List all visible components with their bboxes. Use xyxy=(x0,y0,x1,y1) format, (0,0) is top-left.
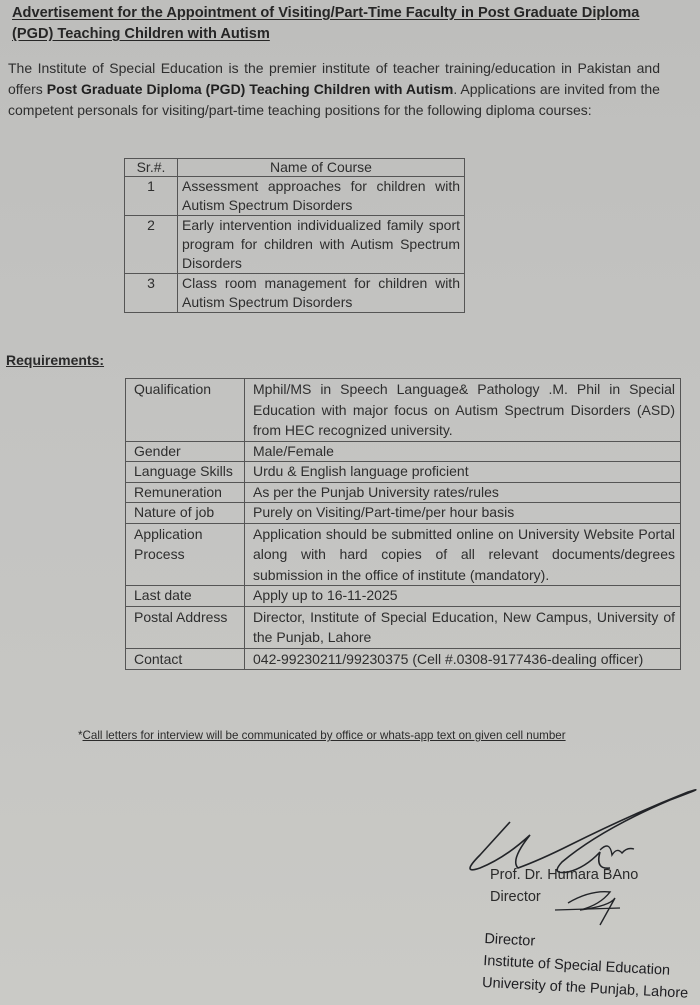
program-name: Post Graduate Diploma (PGD) Teaching Chi… xyxy=(47,81,454,97)
requirement-value: Male/Female xyxy=(245,441,681,462)
requirement-key: Contact xyxy=(126,648,245,670)
requirement-row-remuneration: Remuneration As per the Punjab Universit… xyxy=(126,482,681,503)
requirement-row-postal-address: Postal Address Director, Institute of Sp… xyxy=(126,606,681,648)
requirement-key: Qualification xyxy=(126,379,245,442)
requirement-value: Director, Institute of Special Education… xyxy=(245,606,681,648)
requirement-value: As per the Punjab University rates/rules xyxy=(245,482,681,503)
course-sr: 1 xyxy=(125,177,178,216)
header-course-name: Name of Course xyxy=(178,159,465,177)
courses-header-row: Sr.#. Name of Course xyxy=(125,159,465,177)
requirements-table: Qualification Mphil/MS in Speech Languag… xyxy=(125,378,681,670)
requirement-value: Urdu & English language proficient xyxy=(245,462,681,483)
requirement-key: Application Process xyxy=(126,523,245,586)
call-letter-note: *Call letters for interview will be comm… xyxy=(78,729,566,742)
requirement-row-language-skills: Language Skills Urdu & English language … xyxy=(126,462,681,483)
requirement-row-qualification: Qualification Mphil/MS in Speech Languag… xyxy=(126,379,681,442)
course-sr: 3 xyxy=(125,274,178,313)
header-sr: Sr.#. xyxy=(125,159,178,177)
signatory-designation: Director xyxy=(490,886,638,908)
requirement-key: Last date xyxy=(126,586,245,607)
official-stamp: Director Institute of Special Education … xyxy=(482,928,692,1005)
requirement-value: Purely on Visiting/Part-time/per hour ba… xyxy=(245,503,681,524)
requirement-key: Postal Address xyxy=(126,606,245,648)
course-name: Assessment approaches for children with … xyxy=(178,177,465,216)
course-row: 3 Class room management for children wit… xyxy=(125,274,465,313)
requirement-row-last-date: Last date Apply up to 16-11-2025 xyxy=(126,586,681,607)
requirement-value: Apply up to 16-11-2025 xyxy=(245,586,681,607)
requirement-key: Gender xyxy=(126,441,245,462)
requirement-row-nature-of-job: Nature of job Purely on Visiting/Part-ti… xyxy=(126,503,681,524)
requirement-value: 042-99230211/99230375 (Cell #.0308-91774… xyxy=(245,648,681,670)
course-name: Early intervention individualized family… xyxy=(178,216,465,274)
requirement-key: Language Skills xyxy=(126,462,245,483)
courses-table: Sr.#. Name of Course 1 Assessment approa… xyxy=(124,158,465,313)
requirement-row-contact: Contact 042-99230211/99230375 (Cell #.03… xyxy=(126,648,681,670)
course-sr: 2 xyxy=(125,216,178,274)
course-name: Class room management for children with … xyxy=(178,274,465,313)
intro-paragraph: The Institute of Special Education is th… xyxy=(8,58,660,121)
course-row: 2 Early intervention individualized fami… xyxy=(125,216,465,274)
requirements-heading: Requirements: xyxy=(6,352,104,368)
requirement-key: Remuneration xyxy=(126,482,245,503)
requirement-key: Nature of job xyxy=(126,503,245,524)
requirement-value: Mphil/MS in Speech Language& Pathology .… xyxy=(245,379,681,442)
course-row: 1 Assessment approaches for children wit… xyxy=(125,177,465,216)
requirement-row-application-process: Application Process Application should b… xyxy=(126,523,681,586)
signatory-block: Prof. Dr. Humara BAno Director xyxy=(490,864,638,908)
requirement-value: Application should be submitted online o… xyxy=(245,523,681,586)
requirement-row-gender: Gender Male/Female xyxy=(126,441,681,462)
signatory-name: Prof. Dr. Humara BAno xyxy=(490,864,638,886)
advertisement-title: Advertisement for the Appointment of Vis… xyxy=(12,3,652,45)
